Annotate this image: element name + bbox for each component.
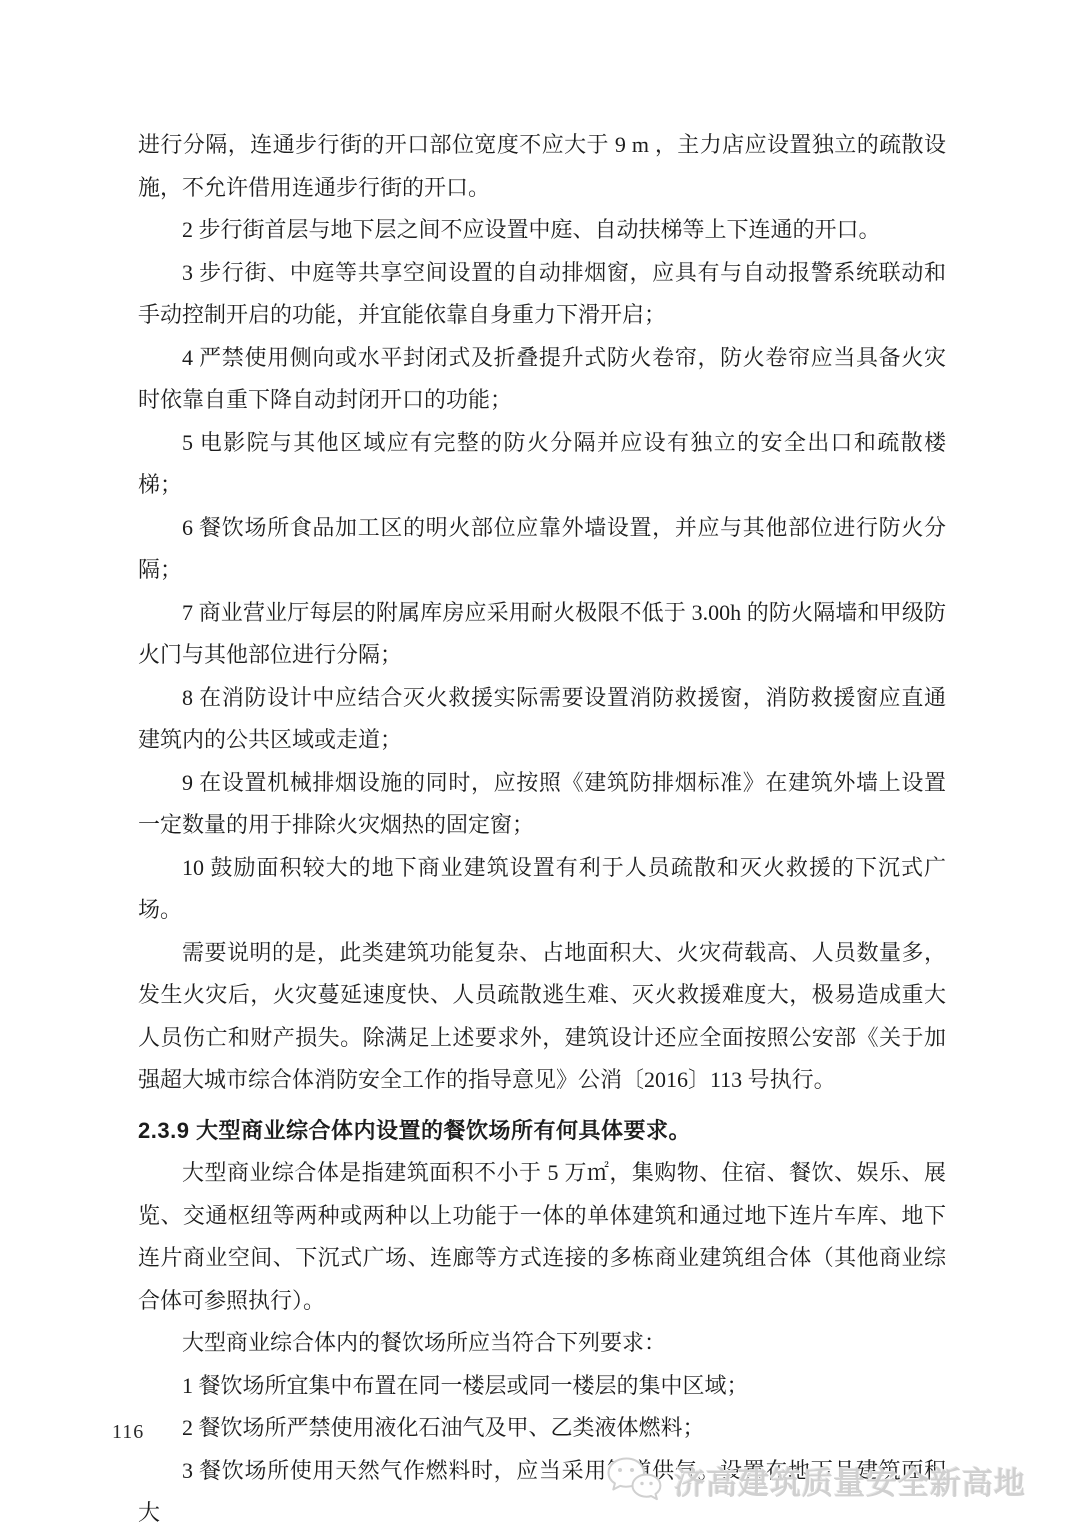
- paragraph: 8 在消防设计中应结合灭火救援实际需要设置消防救援窗，消防救援窗应直通建筑内的公…: [138, 677, 946, 762]
- paragraph: 大型商业综合体内的餐饮场所应当符合下列要求：: [138, 1322, 946, 1365]
- paragraph: 需要说明的是，此类建筑功能复杂、占地面积大、火灾荷载高、人员数量多，发生火灾后，…: [138, 932, 946, 1102]
- wechat-icon: [606, 1455, 662, 1505]
- paragraph: 1 餐饮场所宜集中布置在同一楼层或同一楼层的集中区域；: [138, 1365, 946, 1408]
- paragraph: 2 餐饮场所严禁使用液化石油气及甲、乙类液体燃料；: [138, 1407, 946, 1450]
- watermark: 济高建筑质量安全新高地: [606, 1455, 1026, 1505]
- paragraph: 6 餐饮场所食品加工区的明火部位应靠外墙设置，并应与其他部位进行防火分隔；: [138, 507, 946, 592]
- section-heading: 2.3.9 大型商业综合体内设置的餐饮场所有何具体要求。: [138, 1110, 946, 1153]
- watermark-text: 济高建筑质量安全新高地: [674, 1458, 1026, 1503]
- page-number: 116: [112, 1421, 144, 1444]
- paragraph: 10 鼓励面积较大的地下商业建筑设置有利于人员疏散和灭火救援的下沉式广场。: [138, 847, 946, 932]
- document-body: 进行分隔，连通步行街的开口部位宽度不应大于 9 m ，主力店应设置独立的疏散设施…: [138, 124, 946, 1527]
- paragraph: 4 严禁使用侧向或水平封闭式及折叠提升式防火卷帘，防火卷帘应当具备火灾时依靠自重…: [138, 337, 946, 422]
- paragraph: 2 步行街首层与地下层之间不应设置中庭、自动扶梯等上下连通的开口。: [138, 209, 946, 252]
- paragraph: 进行分隔，连通步行街的开口部位宽度不应大于 9 m ，主力店应设置独立的疏散设施…: [138, 124, 946, 209]
- paragraph: 9 在设置机械排烟设施的同时，应按照《建筑防排烟标准》在建筑外墙上设置一定数量的…: [138, 762, 946, 847]
- paragraph: 3 步行街、中庭等共享空间设置的自动排烟窗，应具有与自动报警系统联动和手动控制开…: [138, 252, 946, 337]
- paragraph: 7 商业营业厅每层的附属库房应采用耐火极限不低于 3.00h 的防火隔墙和甲级防…: [138, 592, 946, 677]
- paragraph: 大型商业综合体是指建筑面积不小于 5 万㎡，集购物、住宿、餐饮、娱乐、展览、交通…: [138, 1152, 946, 1322]
- paragraph: 5 电影院与其他区域应有完整的防火分隔并应设有独立的安全出口和疏散楼梯；: [138, 422, 946, 507]
